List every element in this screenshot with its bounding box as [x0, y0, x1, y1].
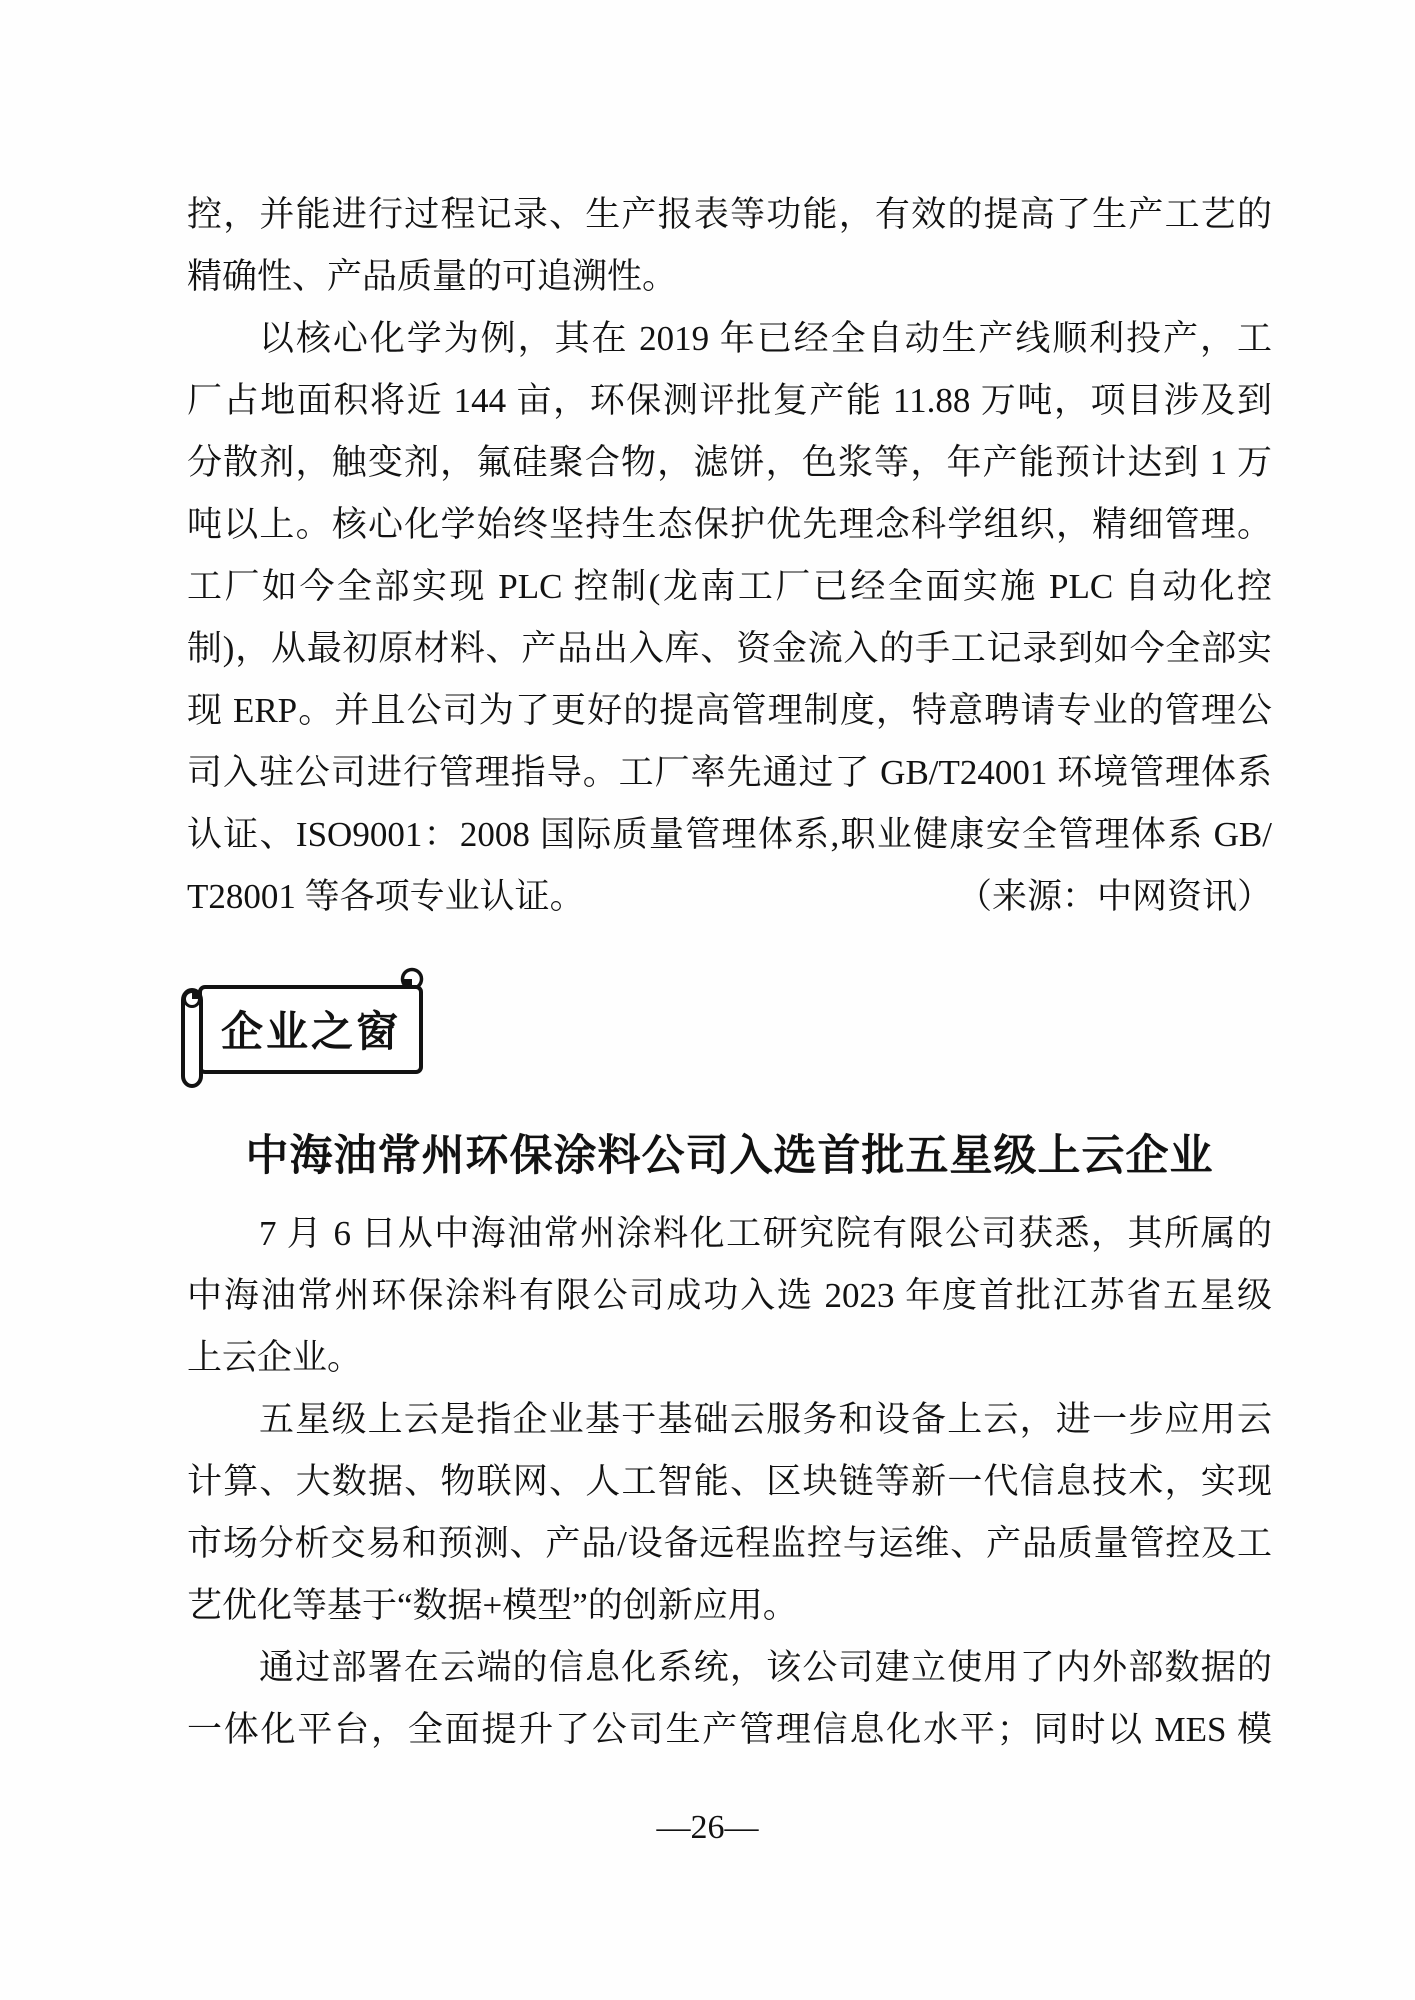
text-line: 吨以上。核心化学始终坚持生态保护优先理念科学组织，精细管理。	[187, 494, 1272, 556]
text-line: 分散剂，触变剂，氟硅聚合物，滤饼，色浆等，年产能预计达到 1 万	[187, 432, 1272, 494]
closing-text: T28001 等各项专业认证。	[187, 866, 585, 928]
article-title: 中海油常州环保涂料公司入选首批五星级上云企业	[187, 1128, 1272, 1186]
text-line: 一体化平台，全面提升了公司生产管理信息化水平；同时以 MES 模	[187, 1699, 1272, 1761]
page-number: —26—	[0, 1806, 1415, 1850]
text-line: 艺优化等基于“数据+模型”的创新应用。	[187, 1575, 1272, 1637]
text-line: 市场分析交易和预测、产品/设备远程监控与运维、产品质量管控及工	[187, 1513, 1272, 1575]
source-attribution: （来源：中网资讯）	[957, 866, 1272, 928]
text-line: 厂占地面积将近 144 亩，环保测评批复产能 11.88 万吨，项目涉及到	[187, 370, 1272, 432]
closing-line-with-source: T28001 等各项专业认证。 （来源：中网资讯）	[187, 866, 1272, 928]
text-line: 工厂如今全部实现 PLC 控制(龙南工厂已经全面实施 PLC 自动化控	[187, 556, 1272, 618]
article2-text-block: 7 月 6 日从中海油常州涂料化工研究院有限公司获悉，其所属的 中海油常州环保涂…	[187, 1203, 1272, 1761]
text-line: 通过部署在云端的信息化系统，该公司建立使用了内外部数据的	[187, 1637, 1272, 1699]
text-line: 计算、大数据、物联网、人工智能、区块链等新一代信息技术，实现	[187, 1451, 1272, 1513]
text-line: 上云企业。	[187, 1327, 1272, 1389]
text-line: 认证、ISO9001：2008 国际质量管理体系,职业健康安全管理体系 GB/	[187, 804, 1272, 866]
text-line: 司入驻公司进行管理指导。工厂率先通过了 GB/T24001 环境管理体系	[187, 742, 1272, 804]
text-line: 以核心化学为例，其在 2019 年已经全自动生产线顺利投产，工	[187, 308, 1272, 370]
text-line: 7 月 6 日从中海油常州涂料化工研究院有限公司获悉，其所属的	[187, 1203, 1272, 1265]
text-line: 控，并能进行过程记录、生产报表等功能，有效的提高了生产工艺的	[187, 184, 1272, 246]
document-page: 控，并能进行过程记录、生产报表等功能，有效的提高了生产工艺的 精确性、产品质量的…	[0, 0, 1415, 2000]
text-line: 现 ERP。并且公司为了更好的提高管理制度，特意聘请专业的管理公	[187, 680, 1272, 742]
text-line: 中海油常州环保涂料有限公司成功入选 2023 年度首批江苏省五星级	[187, 1265, 1272, 1327]
text-line: 精确性、产品质量的可追溯性。	[187, 246, 1272, 308]
section-banner-label: 企业之窗	[205, 990, 417, 1068]
text-line: 五星级上云是指企业基于基础云服务和设备上云，进一步应用云	[187, 1389, 1272, 1451]
text-line: 制)，从最初原材料、产品出入库、资金流入的手工记录到如今全部实	[187, 618, 1272, 680]
section-banner: 企业之窗	[181, 954, 427, 1094]
article1-text-block: 控，并能进行过程记录、生产报表等功能，有效的提高了生产工艺的 精确性、产品质量的…	[187, 184, 1272, 928]
